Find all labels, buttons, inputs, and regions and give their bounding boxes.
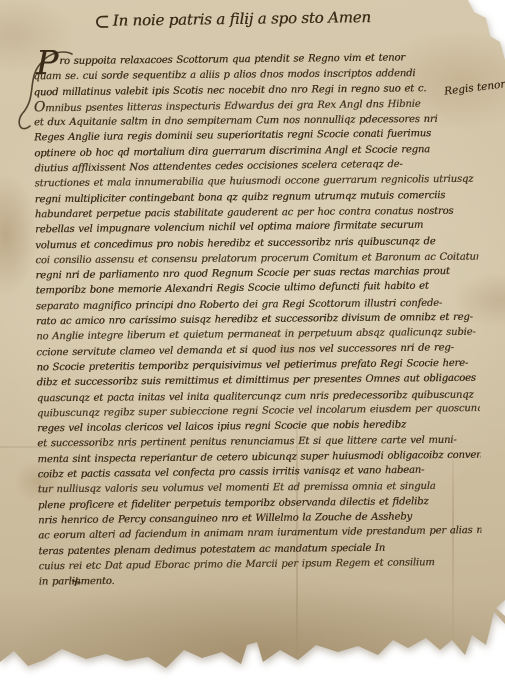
paraph-mark: ⊂ <box>94 11 110 33</box>
invocation-heading-text: In noie patris a filij a spo sto Amen <box>113 8 371 30</box>
invocation-heading: ⊂In noie patris a filij a spo sto Amen <box>94 7 371 33</box>
body-line: cuius rei etc Dat apud Eborac primo die … <box>38 554 481 574</box>
parchment-shadow: ⊂In noie patris a filij a spo sto Amen R… <box>0 0 505 680</box>
manuscript-photo: ⊂In noie patris a filij a spo sto Amen R… <box>0 0 505 680</box>
torn-edge-shading <box>0 590 505 680</box>
body-line: in parliamento. <box>39 574 169 590</box>
parchment-sheet: ⊂In noie patris a filij a spo sto Amen R… <box>0 0 505 680</box>
text-block: ro suppoita relaxacoes Scottorum qua pte… <box>33 50 482 590</box>
